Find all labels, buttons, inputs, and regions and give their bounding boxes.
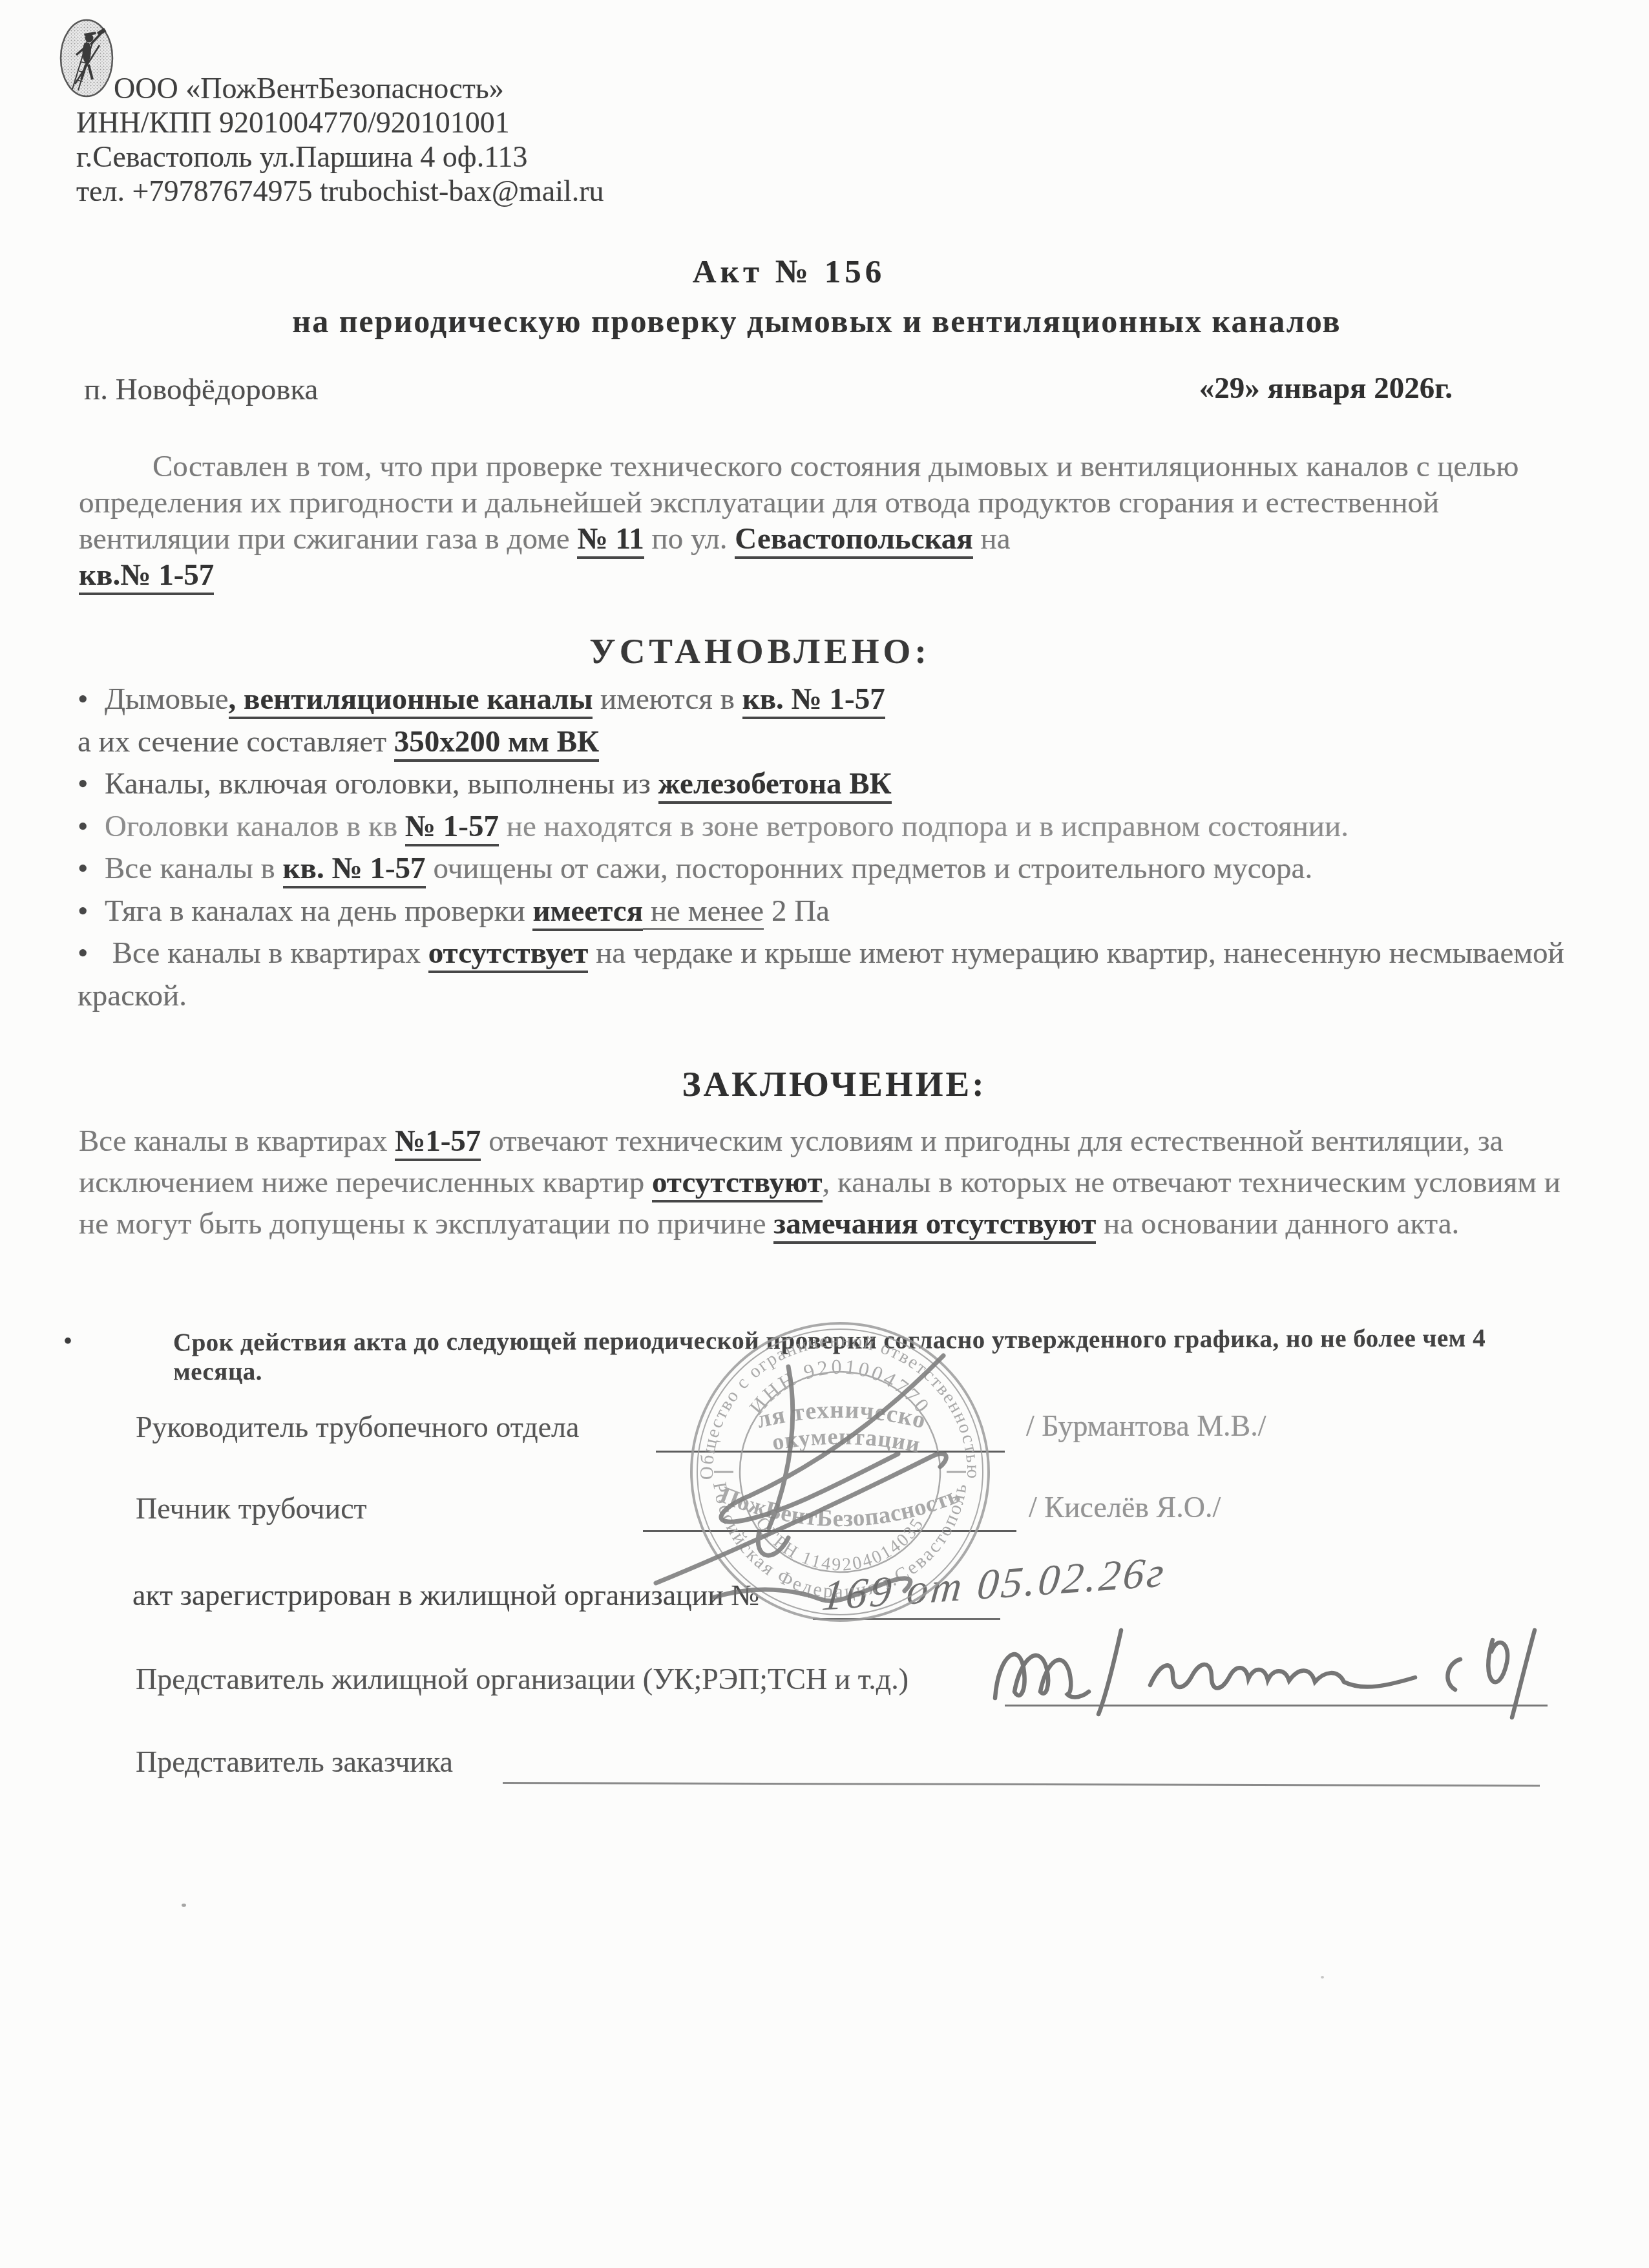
bullet-icon: • bbox=[78, 678, 105, 721]
signature-label-stove-sweep: Печник трубочист bbox=[136, 1491, 367, 1526]
date-field: «29» января 2026г. bbox=[1199, 371, 1453, 406]
text-segment: по ул. bbox=[644, 522, 735, 556]
bullet-icon: • bbox=[78, 890, 105, 933]
scan-speck bbox=[182, 1904, 186, 1907]
filled-value: № 11 bbox=[577, 522, 644, 559]
established-item: •Каналы, включая оголовки, выполнены из … bbox=[78, 763, 1575, 806]
conclusion-heading: ЗАКЛЮЧЕНИЕ: bbox=[10, 1064, 1649, 1104]
text-segment: очищены от сажи, посторонних предметов и… bbox=[426, 852, 1313, 885]
text-segment: Каналы, включая оголовки, выполнены из bbox=[105, 767, 658, 801]
established-heading: УСТАНОВЛЕНО: bbox=[0, 631, 1584, 671]
bullet-icon: • bbox=[78, 932, 105, 975]
signature-line bbox=[503, 1782, 1540, 1787]
text-segment: Оголовки каналов в кв bbox=[105, 810, 405, 843]
text-segment: не находятся в зоне ветрового подпора и … bbox=[499, 810, 1349, 843]
bullet-icon: • bbox=[78, 763, 105, 806]
text-segment: а их сечение составляет bbox=[78, 725, 394, 759]
text-segment: 2 Па bbox=[764, 894, 830, 928]
signature-name-kiselev: / Киселёв Я.О./ bbox=[1029, 1490, 1221, 1524]
filled-value: Севастопольская bbox=[735, 522, 972, 559]
filled-value: замечания отсутствуют bbox=[773, 1207, 1096, 1244]
bullet-icon: • bbox=[78, 848, 105, 890]
act-subtitle: на периодическую проверку дымовых и вент… bbox=[0, 302, 1641, 340]
company-inn-kpp: ИНН/КПП 9201004770/920101001 bbox=[76, 105, 604, 140]
bullet-icon: • bbox=[78, 806, 105, 848]
filled-value: отсутствует bbox=[428, 936, 589, 973]
act-title: Акт № 156 bbox=[0, 253, 1613, 291]
signature-label-head-of-dept: Руководитель трубопечного отдела bbox=[136, 1410, 579, 1444]
established-item: а их сечение составляет 350х200 мм ВК bbox=[78, 721, 1575, 764]
housing-rep-signature-scribble bbox=[950, 1595, 1596, 1743]
filled-value: кв. № 1-57 bbox=[283, 852, 426, 888]
text-segment: Дымовые bbox=[105, 682, 229, 716]
signature-name-burmantova: / Бурмантова М.В./ bbox=[1026, 1409, 1266, 1443]
scan-speck bbox=[1321, 1976, 1324, 1979]
company-name: ООО «ПожВентБезопасность» bbox=[114, 71, 604, 105]
filled-value: 350х200 мм ВК bbox=[394, 725, 599, 762]
company-address: г.Севастополь ул.Паршина 4 оф.113 bbox=[76, 140, 604, 174]
filled-value: , вентиляционные каналы bbox=[229, 682, 593, 719]
company-contact: тел. +79787674975 trubochist-bax@mail.ru bbox=[76, 174, 604, 208]
established-item: • Все каналы в квартирах отсутствует на … bbox=[78, 932, 1575, 1017]
conclusion-paragraph: Все каналы в квартирах №1-57 отвечают те… bbox=[79, 1120, 1571, 1244]
established-item: •Все каналы в кв. № 1-57 очищены от сажи… bbox=[78, 848, 1575, 890]
filled-value: отсутствуют bbox=[652, 1166, 823, 1202]
filled-value: имеется bbox=[532, 894, 643, 931]
place-field: п. Новофёдоровка bbox=[84, 372, 318, 407]
established-list: •Дымовые, вентиляционные каналы имеются … bbox=[78, 678, 1575, 1017]
text-segment: на основании данного акта. bbox=[1096, 1207, 1459, 1241]
established-item: •Дымовые, вентиляционные каналы имеются … bbox=[78, 678, 1575, 721]
filled-value: № 1-57 bbox=[405, 810, 499, 846]
scanned-document-page: { "document": { "header": { "company": "… bbox=[0, 0, 1649, 2268]
signature-label-customer-rep: Представитель заказчика bbox=[136, 1745, 453, 1779]
letterhead: ООО «ПожВентБезопасность» ИНН/КПП 920100… bbox=[76, 71, 604, 208]
text-segment: Все каналы в квартирах bbox=[105, 936, 428, 970]
intro-paragraph: Составлен в том, что при проверке технич… bbox=[79, 448, 1573, 593]
text-segment: имеются в bbox=[593, 682, 742, 716]
filled-value: железобетона ВК bbox=[658, 767, 892, 804]
text-segment: не менее bbox=[643, 894, 764, 930]
text-segment: Все каналы в bbox=[105, 852, 283, 885]
filled-value: кв. № 1-57 bbox=[742, 682, 885, 719]
established-item: •Тяга в каналах на день проверки имеется… bbox=[78, 890, 1575, 933]
filled-value: кв.№ 1-57 bbox=[79, 558, 214, 595]
bullet-icon: • bbox=[63, 1326, 72, 1356]
text-segment: Все каналы в квартирах bbox=[79, 1124, 395, 1158]
established-item: •Оголовки каналов в кв № 1-57 не находят… bbox=[78, 806, 1575, 848]
filled-value: №1-57 bbox=[395, 1124, 481, 1161]
text-segment: Тяга в каналах на день проверки bbox=[105, 894, 532, 928]
text-segment: на bbox=[973, 522, 1011, 556]
